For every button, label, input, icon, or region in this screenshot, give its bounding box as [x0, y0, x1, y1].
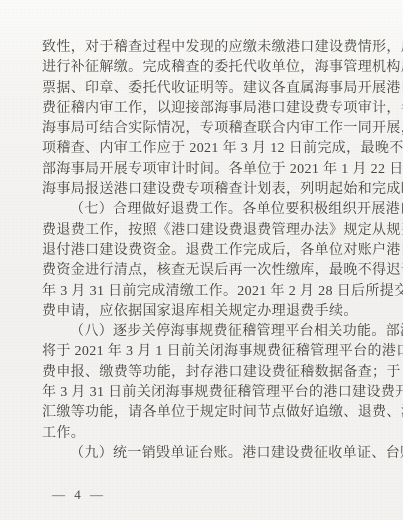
- text-line: 海事局报送港口建设费专项稽查计划表，列明起始和完成时间。: [42, 180, 388, 200]
- text-line: 致性，对于稽查过程中发现的应缴未缴港口建设费情形，应及时: [42, 38, 388, 58]
- page-number: — 4 —: [52, 487, 106, 503]
- text-line: （七）合理做好退费工作。各单位要积极组织开展港口建设: [42, 200, 388, 220]
- text-line: 海事局可结合实际情况，专项稽查联合内审工作一同开展，但专: [42, 119, 388, 139]
- text-line: 票据、印章、委托代收证明等。建议各直属海事局开展港口建设: [42, 79, 388, 99]
- text-line: 费征稽内审工作，以迎接部海事局港口建设费专项审计，各直属: [42, 99, 388, 119]
- text-line: 年 3 月 31 日前完成清缴工作。2021 年 2 月 28 日后所提交的退: [42, 282, 388, 302]
- text-line: 费资金进行清点，核查无误后再一次性缴库，最晚不得迟于 2021: [42, 261, 388, 281]
- document-body: 致性，对于稽查过程中发现的应缴未缴港口建设费情形，应及时进行补征解缴。完成稽查的…: [42, 38, 388, 464]
- document-page: 致性，对于稽查过程中发现的应缴未缴港口建设费情形，应及时进行补征解缴。完成稽查的…: [0, 0, 403, 520]
- text-line: 费退费工作，按照《港口建设费退费管理办法》规定从规费账户: [42, 221, 388, 241]
- text-line: 部海事局开展专项审计时间。各单位于 2021 年 1 月 22 日前向部: [42, 160, 388, 180]
- text-line: 工作。: [42, 424, 388, 444]
- text-line: （八）逐步关停海事规费征稽管理平台相关功能。部海事局: [42, 322, 388, 342]
- text-line: 费申请，应依据国家退库相关规定办理退费手续。: [42, 302, 388, 322]
- text-line: 年 3 月 31 日前关闭海事规费征稽管理平台的港口建设费开票、: [42, 383, 388, 403]
- text-line: 进行补征解缴。完成稽查的委托代收单位，海事管理机构应回收: [42, 58, 388, 78]
- text-line: 汇缴等功能，请各单位于规定时间节点做好追缴、退费、汇缴等: [42, 403, 388, 423]
- text-line: 费申报、缴费等功能，封存港口建设费征稽数据备查；于 2021: [42, 363, 388, 383]
- text-line: 项稽查、内审工作应于 2021 年 3 月 12 日前完成，最晚不得迟于: [42, 139, 388, 159]
- text-line: （九）统一销毁单证台账。港口建设费征收单证、台账满两: [42, 444, 388, 464]
- text-line: 将于 2021 年 3 月 1 日前关闭海事规费征稽管理平台的港口建设: [42, 342, 388, 362]
- text-line: 退付港口建设费资金。退费工作完成后，各单位对账户港口建设: [42, 241, 388, 261]
